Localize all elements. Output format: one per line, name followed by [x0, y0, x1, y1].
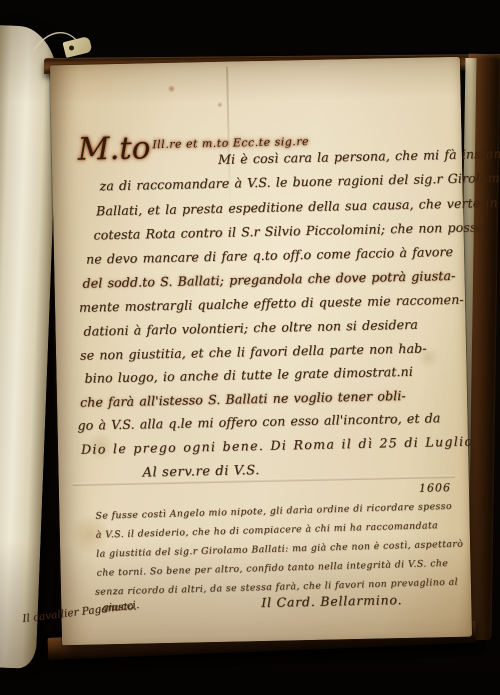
- body-line: Dio le prego ogni bene. Di Roma il dì 25…: [81, 434, 474, 457]
- body-line: za di raccomandare à V.S. le buone ragio…: [99, 170, 500, 194]
- postscript-line: che torni. So bene per altro, confido ta…: [96, 558, 448, 579]
- body-line: dationi à farlo volontieri; che oltre no…: [83, 317, 418, 339]
- date-year: 1606: [419, 481, 451, 495]
- salutation-initial: M.to: [77, 130, 150, 168]
- body-line: go à V.S. alla q.le mi offero con esso a…: [77, 410, 440, 433]
- manuscript-page: M.toIll.re et m.to Ecc.te sig.re Mi è co…: [50, 57, 472, 645]
- body-line: Ballati, et la presta espeditione della …: [96, 195, 498, 218]
- postscript-line: Se fusse costì Angelo mio nipote, gli da…: [95, 501, 452, 522]
- manuscript-photo: M.toIll.re et m.to Ecc.te sig.re Mi è co…: [0, 0, 500, 695]
- postscript-line: à V.S. il desiderio, che ho di compiacer…: [96, 520, 439, 541]
- signature: Il Card. Bellarmino.: [261, 592, 402, 610]
- body-line: del sodd.to S. Ballati; pregandola che d…: [82, 268, 455, 291]
- body-line: che farà all'istesso S. Ballati ne vogli…: [80, 388, 406, 410]
- fold-crease-horizontal: [73, 475, 455, 486]
- postscript-line: la giustitia del sig.r Girolamo Ballati:…: [96, 539, 463, 560]
- body-line: bino luogo, io anche di tutte le grate d…: [84, 364, 413, 386]
- closing-formula: Al serv.re di V.S.: [142, 463, 260, 480]
- body-line: mente mostrargli qualche effetto di ques…: [79, 292, 464, 315]
- body-line: se non giustitia, et che li favori della…: [80, 341, 427, 363]
- salutation-rest: Ill.re et m.to Ecc.te sig.re: [152, 135, 309, 151]
- body-line: ne devo mancare di fare q.to off.o come …: [86, 244, 453, 267]
- body-line: cotesta Rota contro il S.r Silvio Piccol…: [93, 219, 484, 242]
